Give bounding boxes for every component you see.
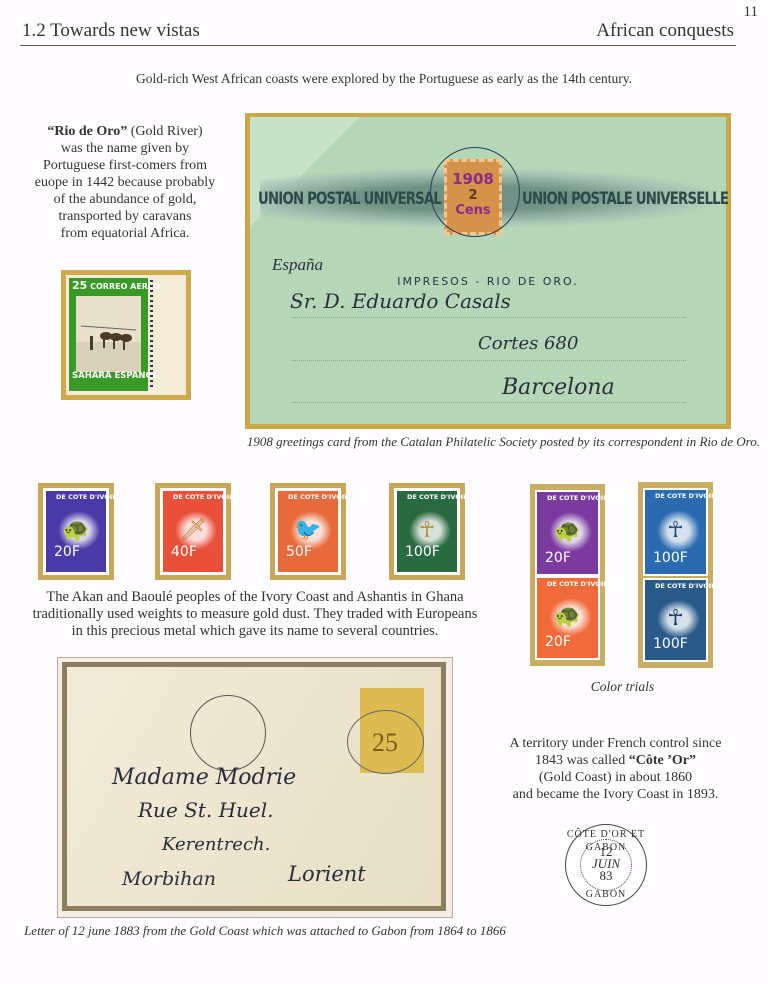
stamp-header: DE COTE D'IVOIRE	[547, 580, 613, 588]
trial-stamp: DE COTE D'IVOIRE 🐢 20F	[535, 490, 600, 576]
envelope-address-line-2: Rue St. Huel.	[138, 798, 274, 822]
color-trials-caption: Color trials	[530, 679, 715, 695]
text-line: traditionally used weights to measure go…	[33, 606, 478, 622]
cote-dor-text: A territory under French control since 1…	[478, 735, 753, 803]
stamp-value: 100F	[405, 544, 440, 560]
postcard: UNION POSTAL UNIVERSAL UNION POSTALE UNI…	[250, 117, 726, 424]
city-handwriting: Barcelona	[502, 375, 615, 400]
stamp-header: DE COTE D'IVOIRE	[655, 582, 721, 590]
stamp-value: 20F	[545, 634, 571, 650]
chapter-title: African conquests	[596, 20, 734, 42]
text-line: 1843 was called	[535, 753, 629, 768]
text-line: was the name given by	[61, 141, 189, 156]
postmark-circle	[430, 147, 520, 237]
cote-dor-bold: “Côte ’Or”	[629, 753, 696, 768]
stamp-value: 50F	[286, 544, 312, 560]
cross-weight-icon: ☥	[667, 605, 683, 631]
stamp-value: 100F	[653, 636, 688, 652]
text-line: The Akan and Baoulé peoples of the Ivory…	[46, 589, 463, 605]
stamp-value: 100F	[653, 550, 688, 566]
sahara-stamp-header: 25 CORREO AEREO	[72, 279, 160, 292]
turtle-weight-icon: 🐢	[554, 603, 581, 629]
text-line: from equatorial Africa.	[61, 226, 190, 241]
stamp-header: DE COTE D'IVOIRE	[407, 493, 473, 501]
envelope-address-line-5: Lorient	[288, 862, 366, 886]
ivory-stamp-50: DE COTE D'IVOIRE 🐦 50F	[270, 483, 346, 580]
cancel-ring-bottom: GABON	[565, 888, 647, 901]
turtle-weight-icon: 🐢	[554, 518, 581, 544]
street-handwriting: Cortes 680	[478, 333, 578, 354]
envelope-address-line-1: Madame Modrie	[112, 765, 296, 790]
sword-weight-icon: 🗡	[179, 517, 207, 543]
intro-text: Gold-rich West African coasts were explo…	[0, 71, 768, 87]
country-handwriting: España	[272, 255, 323, 275]
trial-stamp: DE COTE D'IVOIRE ☥ 100F	[643, 578, 708, 662]
stamp-body: DE COTE D'IVOIRE ☥ 100F	[394, 488, 460, 575]
trial-stamp: DE COTE D'IVOIRE ☥ 100F	[643, 488, 708, 576]
akan-text: The Akan and Baoulé peoples of the Ivory…	[20, 589, 490, 640]
address-line	[292, 360, 686, 361]
camel-caravan-picture	[76, 296, 141, 372]
text-line: and became the Ivory Coast in 1893.	[513, 787, 719, 802]
page-number: 11	[744, 4, 758, 21]
postcard-caption: 1908 greetings card from the Catalan Phi…	[200, 434, 760, 450]
text-line: euope in 1442 because probably	[35, 175, 215, 190]
ivory-stamp-40: DE COTE D'IVOIRE 🗡 40F	[155, 483, 231, 580]
stamp-header: DE COTE D'IVOIRE	[547, 494, 613, 502]
ivory-stamp-100: DE COTE D'IVOIRE ☥ 100F	[389, 483, 465, 580]
text-line: (Gold River)	[131, 124, 203, 139]
stamp-header: DE COTE D'IVOIRE	[288, 493, 354, 501]
turtle-weight-icon: 🐢	[62, 517, 89, 543]
section-title: 1.2 Towards new vistas	[22, 20, 200, 42]
stamp-header: DE COTE D'IVOIRE	[173, 493, 239, 501]
envelope-postmark	[190, 695, 266, 771]
rio-de-oro-text: “Rio de Oro” (Gold River) was the name g…	[20, 123, 230, 242]
envelope-caption: Letter of 12 june 1883 from the Gold Coa…	[10, 923, 520, 939]
stamp-value: 25	[72, 279, 87, 292]
text-line: Portuguese first-comers from	[43, 158, 207, 173]
text-line: A territory under French control since	[510, 736, 722, 751]
bird-weight-icon: 🐦	[294, 517, 321, 543]
stamp-body: DE COTE D'IVOIRE 🐦 50F	[275, 488, 341, 575]
stamp-body: DE COTE D'IVOIRE 🐢 20F	[43, 488, 109, 575]
envelope-address-line-3: Kerentrech.	[162, 834, 270, 855]
rio-de-oro-bold: “Rio de Oro”	[47, 124, 127, 139]
addressee-handwriting: Sr. D. Eduardo Casals	[290, 289, 511, 313]
header-divider	[20, 45, 736, 46]
postcard-title-left: UNION POSTAL UNIVERSAL	[258, 189, 441, 209]
impresos-label: IMPRESOS - RIO DE ORO.	[250, 275, 726, 288]
address-line	[292, 317, 686, 318]
text-line: of the abundance of gold,	[54, 192, 197, 207]
stamp-perforations	[150, 280, 153, 390]
text-line: transported by caravans	[59, 209, 192, 224]
sahara-stamp-footer: SAHARA ESPANOL	[72, 371, 158, 381]
ivory-stamp-20: DE COTE D'IVOIRE 🐢 20F	[38, 483, 114, 580]
cancel-year: 83	[565, 869, 647, 882]
postcard-title-right: UNION POSTALE UNIVERSELLE	[522, 189, 728, 209]
stamp-cancel-mark	[347, 710, 424, 774]
address-line	[292, 402, 686, 403]
envelope-address-line-4: Morbihan	[122, 868, 216, 890]
stamp-value: 40F	[171, 544, 197, 560]
stamp-value: 20F	[545, 550, 571, 566]
cross-weight-icon: ☥	[419, 517, 435, 543]
color-trial-pair-20: DE COTE D'IVOIRE 🐢 20F DE COTE D'IVOIRE …	[530, 484, 605, 666]
stamp-body: DE COTE D'IVOIRE 🗡 40F	[160, 488, 226, 575]
stamp-header: DE COTE D'IVOIRE	[56, 493, 122, 501]
trial-stamp: DE COTE D'IVOIRE 🐢 20F	[535, 576, 600, 660]
text-line: (Gold Coast) in about 1860	[539, 770, 692, 785]
cross-weight-icon: ☥	[667, 517, 683, 543]
camel-caravan-icon	[76, 296, 141, 372]
stamp-header: DE COTE D'IVOIRE	[655, 492, 721, 500]
stamp-value: 20F	[54, 544, 80, 560]
color-trial-pair-100: DE COTE D'IVOIRE ☥ 100F DE COTE D'IVOIRE…	[638, 482, 713, 668]
text-line: in this precious metal which gave its na…	[72, 623, 439, 639]
